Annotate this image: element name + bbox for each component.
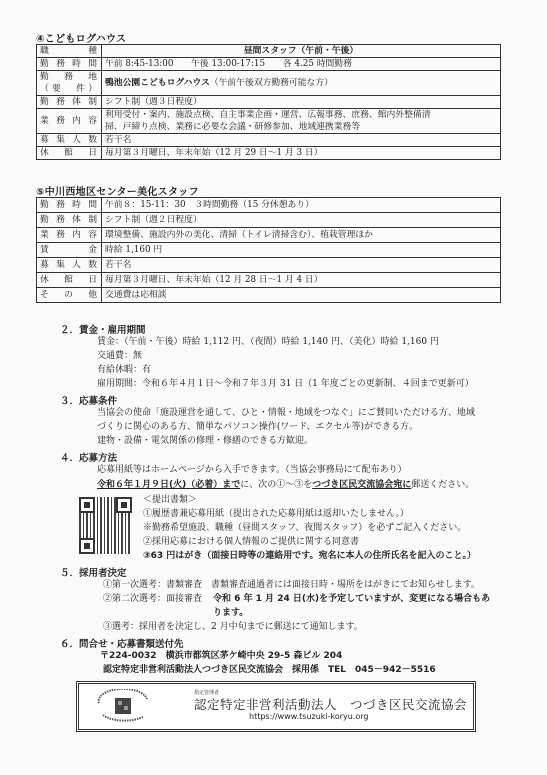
label-line: 勤 務 地 <box>40 71 98 83</box>
deadline: 令和６年１月９日(火)（必着）まで <box>97 480 240 490</box>
row-label: 休館日 <box>37 147 102 160</box>
row-value: 午前８：15-11：30 ３時間勤務（15 分休憩あり） <box>102 198 501 213</box>
row-label: 勤 務 地 （要 件） <box>37 71 102 96</box>
employment-period-line: 雇用期間：令和６年４月１日～令和７年３月 31 日（1 年度ごとの更新制、４回ま… <box>97 378 474 391</box>
docs-heading: ＜提出書類＞ <box>143 494 197 507</box>
row-label: 勤務時間 <box>37 198 102 213</box>
row-label: 勤務体制 <box>37 96 102 109</box>
row-value: 昼間スタッフ（午前・午後） <box>102 45 501 58</box>
table-row: 休館日 毎月第３月曜日、年末年始（12 月 29 日～1 月 3 日） <box>37 147 501 160</box>
heading-conditions: ３．応募条件 <box>60 393 117 407</box>
row-value: 時給 1,160 円 <box>102 243 501 258</box>
row-value: 利用受付・案内、施設点検、自主事業企画・運営、広報事務、庶務、館内外整備清 掃、… <box>102 109 501 134</box>
footer-org-name: 認定特定非営利活動法人 つづき区民交流協会 <box>194 695 467 713</box>
table-row: その他交通費は応相談 <box>37 288 501 303</box>
table-row: 賃金時給 1,160 円 <box>37 243 501 258</box>
row-label: 業務内容 <box>37 228 102 243</box>
section-title-nakagawa-nishi: ⑤中川西地区センター美化スタッフ <box>36 183 199 198</box>
heading-contact: ６．問合せ・応募書類送付先 <box>60 636 184 650</box>
apply-line: 応募用紙等はホームページから入手できます。（当協会事務局にて配布あり） <box>97 464 407 477</box>
selection-step2-label: ②第二次選考：面接審査 <box>103 593 202 606</box>
contact-address: 〒224-0032 横浜市都筑区茅ケ崎中央 29-5 森ビル 204 <box>100 650 342 663</box>
qr-finder-icon <box>116 497 132 513</box>
row-value: 環境整備、施設内外の美化、清掃（トイレ清掃含む）、植栽管理ほか <box>102 228 501 243</box>
row-value: 鴨池公園こどもログハウス（午前午後双方勤務可能な方） <box>102 71 501 96</box>
table-row: 職 種 昼間スタッフ（午前・午後） <box>37 45 501 58</box>
selection-step3: ③選考：採用者を決定し、2 月中旬までに郵送にて通知します。 <box>103 621 363 634</box>
selection-step2-text: 令和 6 年 1 月 24 日(水)を予定していますが、変更になる場合もあ <box>213 593 490 606</box>
paid-leave-line: 有給休暇：有 <box>97 364 151 377</box>
transport-line: 交通費：無 <box>97 350 142 363</box>
doc-item: ①履歴書兼応募用紙（提出された応募用紙は返却いたしません。） <box>143 508 409 521</box>
table-row: 勤務時間 午前 8:45-13:00 午後 13:00-17:15 各 4.25… <box>37 58 501 71</box>
doc-item: ②採用応募における個人情報のご提供に関する同意書 <box>143 536 359 549</box>
row-value: 毎月第３月曜日、年末年始（12 月 29 日～1 月 3 日） <box>102 147 501 160</box>
deadline-mid: に、次の①～③を <box>240 480 312 490</box>
doc-item-postcard: ③63 円はがき（面接日時等の連絡用です。宛名に本人の住所氏名を記入のこと。） <box>143 550 476 563</box>
row-label: 賃金 <box>37 243 102 258</box>
table-row: 勤務体制シフト制（週２日程度） <box>37 213 501 228</box>
label-line: （要 件） <box>40 83 98 95</box>
table-row: 休館日毎月第３月曜日、年末年始（12 月 28 日～1 月 4 日） <box>37 273 501 288</box>
destination: つづき区民交流協会宛に <box>312 480 411 490</box>
qr-code[interactable] <box>79 497 132 554</box>
table-row: 募集人数 若干名 <box>37 134 501 147</box>
footer-banner: 指定管理者 認定特定非営利活動法人 つづき区民交流協会 https://www.… <box>76 681 476 732</box>
row-label: 業務内容 <box>37 109 102 134</box>
heading-wages: ２．賃金・雇用期間 <box>60 322 146 336</box>
row-value: シフト制（週３日程度） <box>102 96 501 109</box>
deadline-line: 令和６年１月９日(火)（必着）までに、次の①～③をつづき区民交流協会宛に郵送くだ… <box>97 479 474 492</box>
row-label: 休館日 <box>37 273 102 288</box>
section-title-kodomo-log-house: ④こどもログハウス <box>36 30 126 45</box>
table-row: 勤 務 地 （要 件） 鴨池公園こどもログハウス（午前午後双方勤務可能な方） <box>37 71 501 96</box>
selection-step2-text: ります。 <box>213 607 248 620</box>
work-location-note: （午前午後双方勤務可能な方） <box>210 78 333 88</box>
condition-line: づくりに関心のある方、簡単なパソコン操作(ワード、エクセル等)ができる方。 <box>97 421 418 434</box>
row-value: 若干名 <box>102 258 501 273</box>
table-row: 業務内容 利用受付・案内、施設点検、自主事業企画・運営、広報事務、庶務、館内外整… <box>37 109 501 134</box>
row-label: 勤務体制 <box>37 213 102 228</box>
value-line: 掃、戸締り点検、業務に必要な会議・研修参加、地域連携業務等 <box>105 121 497 133</box>
work-location: 鴨池公園こどもログハウス <box>105 78 210 88</box>
qr-finder-icon <box>79 538 95 554</box>
value-line: 利用受付・案内、施設点検、自主事業企画・運営、広報事務、庶務、館内外整備清 <box>105 109 497 121</box>
heading-apply: ４．応募方法 <box>60 450 117 464</box>
row-value: 若干名 <box>102 134 501 147</box>
qr-finder-icon <box>79 497 95 513</box>
row-label: 勤務時間 <box>37 58 102 71</box>
table-row: 勤務体制 シフト制（週３日程度） <box>37 96 501 109</box>
row-label: 募集人数 <box>37 134 102 147</box>
doc-note: ※勤務希望施設、職種（昼間スタッフ、夜間スタッフ）を必ずご記入ください。 <box>143 522 466 535</box>
row-value: 午前 8:45-13:00 午後 13:00-17:15 各 4.25 時間勤務 <box>102 58 501 71</box>
selection-step1: ①第一次選考：書類審査 書類審査通過者には面接日時・場所をはがきにてお知らせしま… <box>103 579 480 592</box>
contact-org: 認定特定非営利活動法人つづき区民交流協会 採用係 TEL 045－942－551… <box>103 664 436 677</box>
condition-line: 当協会の使命「施設運営を通して、ひと・情報・地域をつなぐ」にご賛同いただける方、… <box>97 407 475 420</box>
condition-line: 建物・設備・電気関係の修理・修繕のできる方歓迎。 <box>97 435 313 448</box>
nakagawa-nishi-table: 勤務時間午前８：15-11：30 ３時間勤務（15 分休憩あり） 勤務体制シフト… <box>36 197 501 303</box>
table-row: 募集人数若干名 <box>37 258 501 273</box>
footer-url-link[interactable]: https://www.tsuzuki-koryu.org <box>249 712 369 721</box>
wage-line: 賃金：（午前・午後）時給 1,112 円、（夜間）時給 1,140 円、（美化）… <box>97 336 439 349</box>
row-label: 募集人数 <box>37 258 102 273</box>
heading-selection: ５．採用者決定 <box>60 565 127 579</box>
row-value: 交通費は応相談 <box>102 288 501 303</box>
table-row: 業務内容環境整備、施設内外の美化、清掃（トイレ清掃含む）、植栽管理ほか <box>37 228 501 243</box>
table-row: 勤務時間午前８：15-11：30 ３時間勤務（15 分休憩あり） <box>37 198 501 213</box>
row-value: シフト制（週２日程度） <box>102 213 501 228</box>
org-logo-icon <box>93 689 153 723</box>
row-label: その他 <box>37 288 102 303</box>
row-label: 職 種 <box>37 45 102 58</box>
row-value: 毎月第３月曜日、年末年始（12 月 28 日～1 月 4 日） <box>102 273 501 288</box>
deadline-tail: 郵送ください。 <box>411 480 474 490</box>
kodomo-log-house-table: 職 種 昼間スタッフ（午前・午後） 勤務時間 午前 8:45-13:00 午後 … <box>36 44 501 160</box>
